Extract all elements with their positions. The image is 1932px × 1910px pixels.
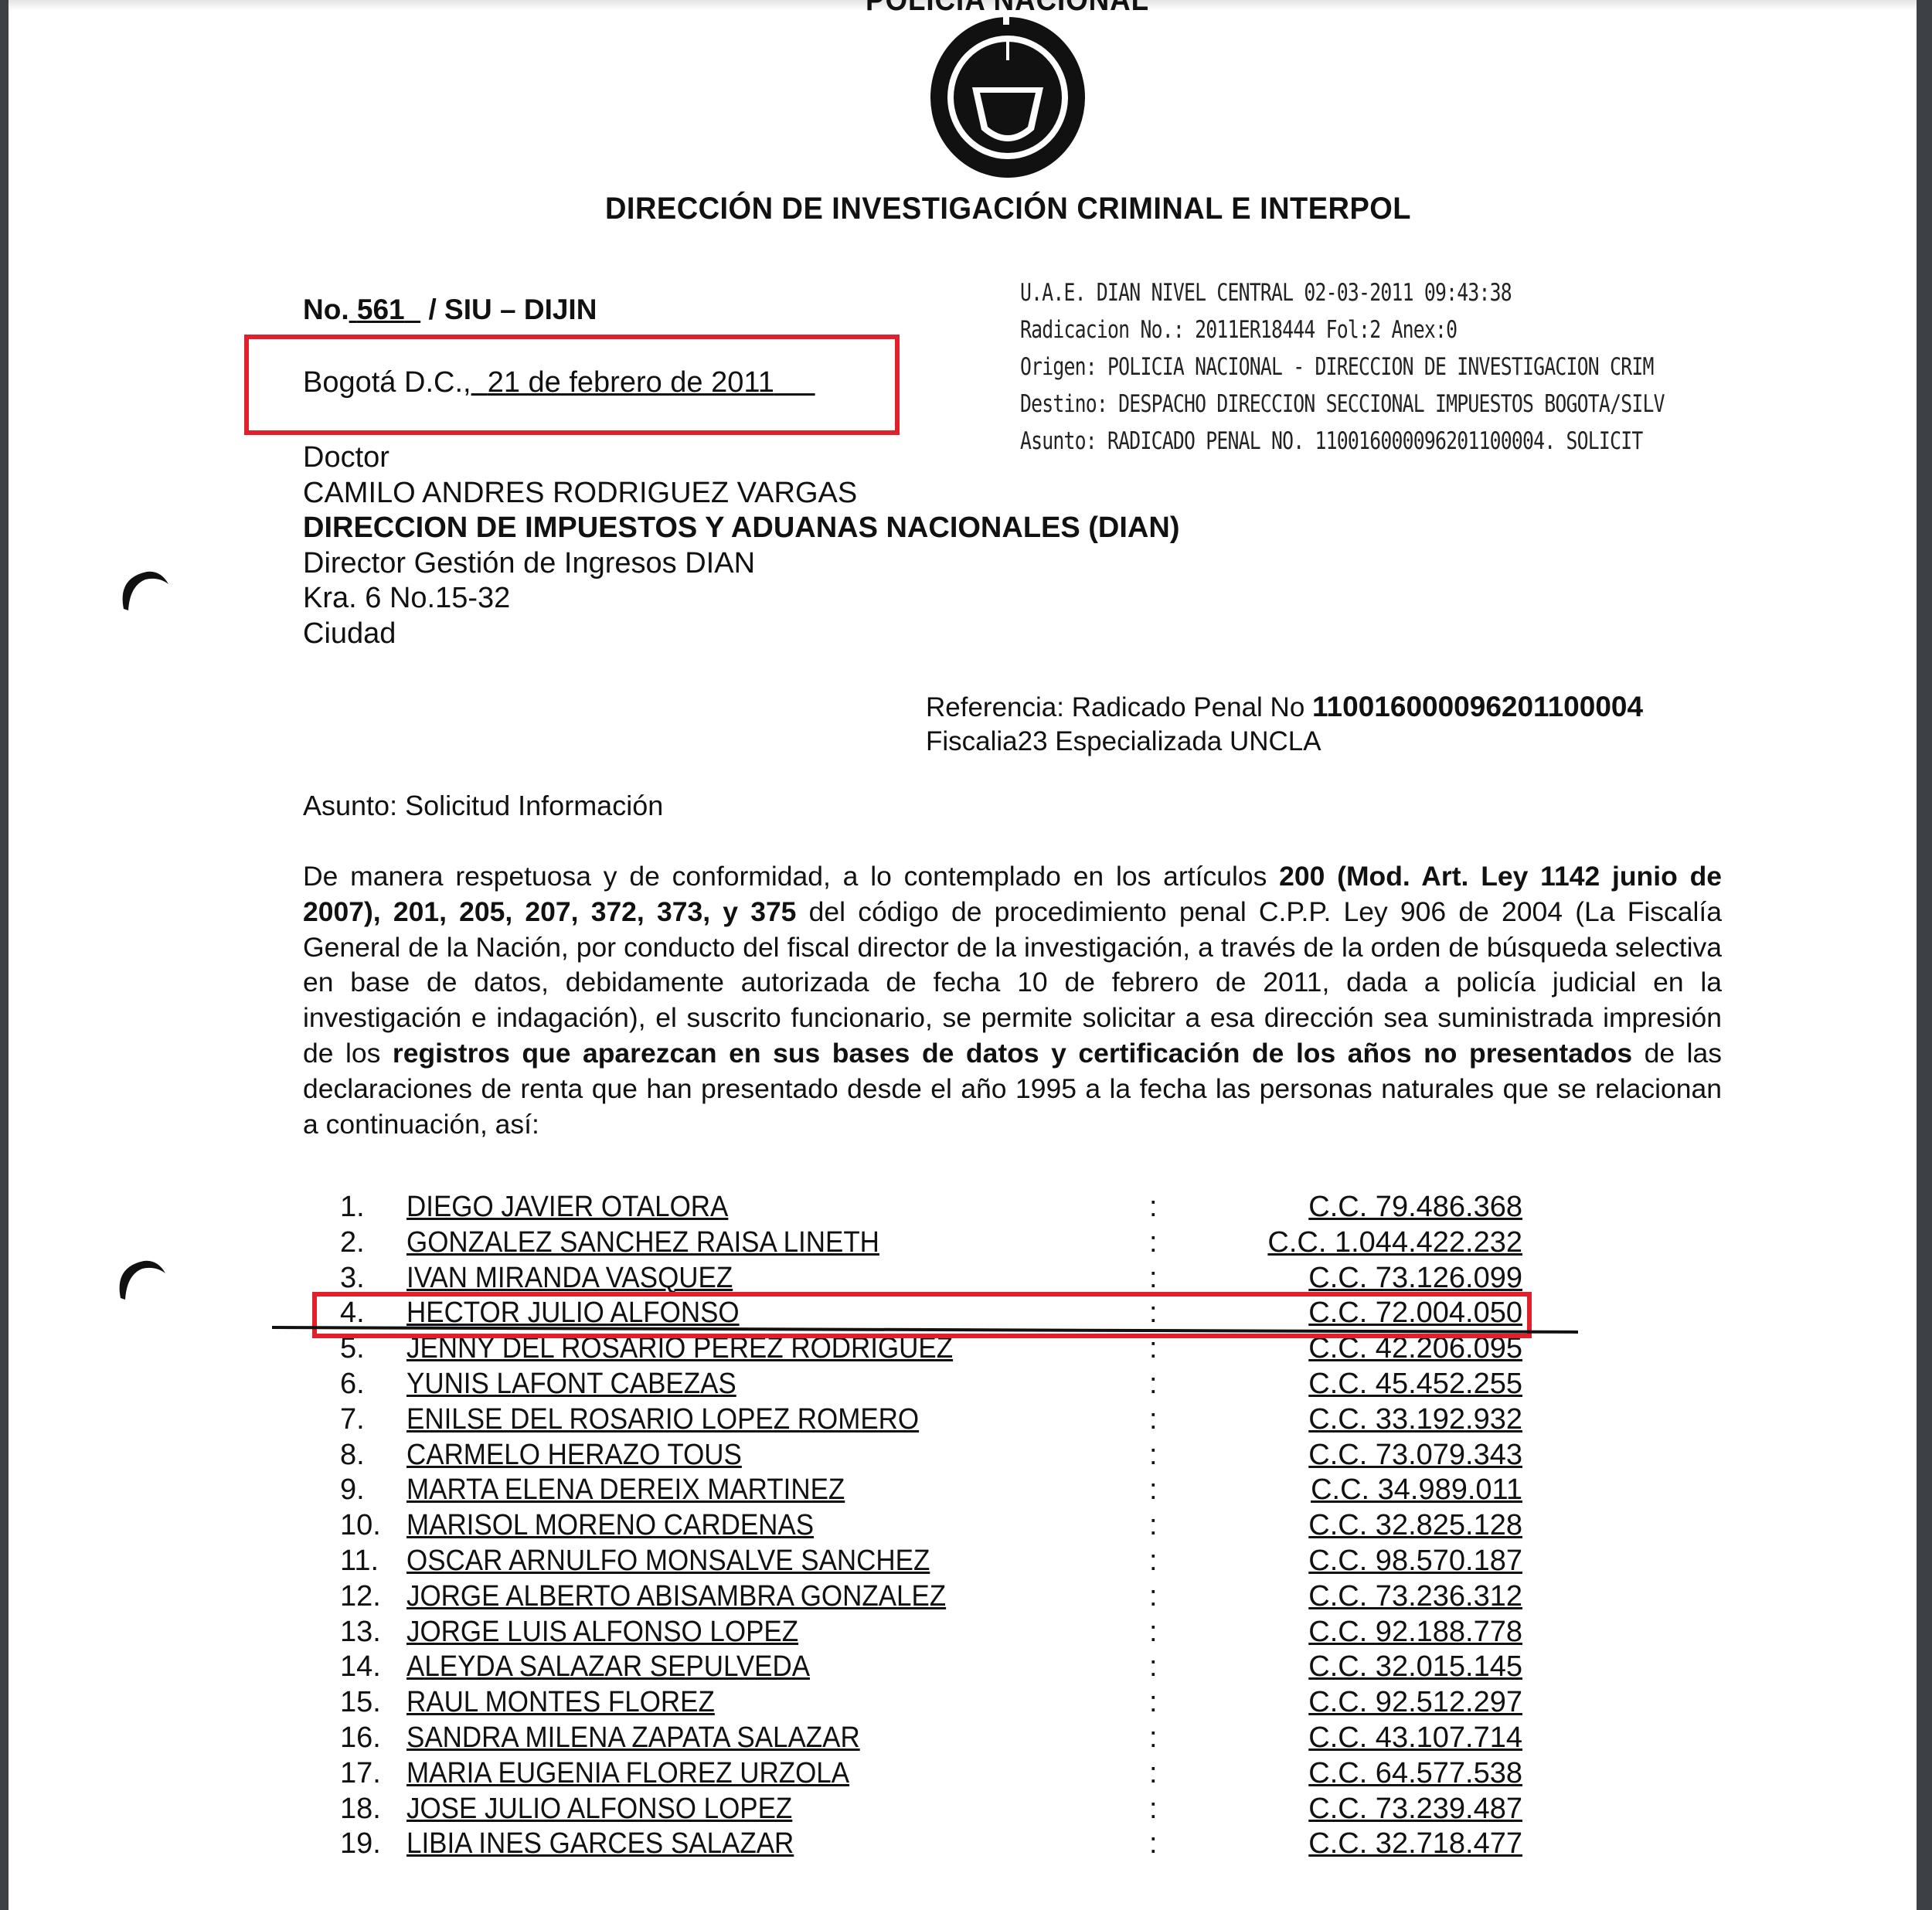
list-item: 11.OSCAR ARNULFO MONSALVE SANCHEZ:C.C. 9… bbox=[340, 1544, 1592, 1579]
reference-label: Referencia: Radicado Penal No bbox=[926, 692, 1312, 722]
list-item-name: LIBIA INES GARCES SALAZAR bbox=[406, 1827, 794, 1862]
case-reference: Referencia: Radicado Penal No 1100160000… bbox=[926, 690, 1643, 759]
subject-line: Asunto: Solicitud Información bbox=[303, 790, 663, 822]
document-number-value: 561 bbox=[349, 294, 421, 325]
viewer-left-border bbox=[0, 0, 9, 1910]
list-item-number: 12. bbox=[340, 1579, 406, 1615]
list-item: 10.MARISOL MORENO CARDENAS:C.C. 32.825.1… bbox=[340, 1508, 1592, 1544]
list-item: 6.YUNIS LAFONT CABEZAS:C.C. 45.452.255 bbox=[340, 1367, 1592, 1402]
list-item-separator: : bbox=[1149, 1508, 1158, 1544]
reference-office: Fiscalia23 Especializada UNCLA bbox=[926, 725, 1643, 759]
list-item-name: RAUL MONTES FLOREZ bbox=[406, 1685, 715, 1721]
list-item-separator: : bbox=[1149, 1579, 1158, 1615]
list-item: 14.ALEYDA SALAZAR SEPULVEDA:C.C. 32.015.… bbox=[340, 1650, 1592, 1685]
list-item-id: C.C. 32.825.128 bbox=[1308, 1508, 1522, 1544]
list-item-id: C.C. 73.079.343 bbox=[1308, 1438, 1522, 1473]
list-item-name: JORGE LUIS ALFONSO LOPEZ bbox=[406, 1615, 798, 1650]
list-item: 9.MARTA ELENA DEREIX MARTINEZ:C.C. 34.98… bbox=[340, 1473, 1592, 1508]
list-item-number: 18. bbox=[340, 1792, 406, 1827]
date-line: Bogotá D.C., 21 de febrero de 2011 bbox=[303, 366, 815, 399]
document-number-prefix: No. bbox=[303, 294, 349, 325]
body-bold-text: registros que aparezcan en sus bases de … bbox=[393, 1038, 1632, 1069]
reference-case-number: 110016000096201100004 bbox=[1312, 691, 1643, 722]
list-item-name: JORGE ALBERTO ABISAMBRA GONZALEZ bbox=[406, 1579, 946, 1615]
list-item-separator: : bbox=[1149, 1792, 1158, 1827]
list-item: 16.SANDRA MILENA ZAPATA SALAZAR:C.C. 43.… bbox=[340, 1721, 1592, 1756]
list-item: 12.JORGE ALBERTO ABISAMBRA GONZALEZ:C.C.… bbox=[340, 1579, 1592, 1615]
list-item-number: 14. bbox=[340, 1650, 406, 1685]
list-item-name: JOSE JULIO ALFONSO LOPEZ bbox=[406, 1792, 792, 1827]
list-item-name: ALEYDA SALAZAR SEPULVEDA bbox=[406, 1650, 810, 1685]
list-item: 3.IVAN MIRANDA VASQUEZ:C.C. 73.126.099 bbox=[340, 1261, 1592, 1297]
list-item-name: ENILSE DEL ROSARIO LOPEZ ROMERO bbox=[406, 1402, 919, 1438]
recipient-city: Ciudad bbox=[303, 617, 1179, 652]
date-value: 21 de febrero de 2011 bbox=[471, 366, 815, 399]
document-number-suffix: / SIU – DIJIN bbox=[428, 294, 597, 325]
list-item-number: 10. bbox=[340, 1508, 406, 1544]
list-item: 19.LIBIA INES GARCES SALAZAR:C.C. 32.718… bbox=[340, 1827, 1592, 1862]
list-item-separator: : bbox=[1149, 1261, 1158, 1297]
list-item-name: CARMELO HERAZO TOUS bbox=[406, 1438, 742, 1473]
list-item-name: MARTA ELENA DEREIX MARTINEZ bbox=[406, 1473, 845, 1508]
stamp-line: Destino: DESPACHO DIRECCION SECCIONAL IM… bbox=[1020, 386, 1665, 423]
list-item-number: 7. bbox=[340, 1402, 406, 1438]
list-item: 17.MARIA EUGENIA FLOREZ URZOLA:C.C. 64.5… bbox=[340, 1756, 1592, 1792]
list-item-id: C.C. 32.015.145 bbox=[1308, 1650, 1522, 1685]
list-item-id: C.C. 92.512.297 bbox=[1308, 1685, 1522, 1721]
list-item-number: 2. bbox=[340, 1225, 406, 1261]
hole-punch-mark-icon bbox=[116, 562, 170, 617]
list-item-id: C.C. 92.188.778 bbox=[1308, 1615, 1522, 1650]
list-item-number: 11. bbox=[340, 1544, 406, 1579]
list-item-number: 8. bbox=[340, 1438, 406, 1473]
list-item-separator: : bbox=[1149, 1650, 1158, 1685]
body-text: De manera respetuosa y de conformidad, a… bbox=[303, 861, 1279, 892]
list-item: 7.ENILSE DEL ROSARIO LOPEZ ROMERO:C.C. 3… bbox=[340, 1402, 1592, 1438]
stamp-line: U.A.E. DIAN NIVEL CENTRAL 02-03-2011 09:… bbox=[1020, 274, 1665, 311]
list-item-number: 15. bbox=[340, 1685, 406, 1721]
list-item-separator: : bbox=[1149, 1721, 1158, 1756]
list-item: 8.CARMELO HERAZO TOUS:C.C. 73.079.343 bbox=[340, 1438, 1592, 1473]
receipt-stamp: U.A.E. DIAN NIVEL CENTRAL 02-03-2011 09:… bbox=[1020, 274, 1665, 460]
list-item-name: OSCAR ARNULFO MONSALVE SANCHEZ bbox=[406, 1544, 930, 1579]
list-item-id: C.C. 32.718.477 bbox=[1308, 1827, 1522, 1862]
list-item-id: C.C. 79.486.368 bbox=[1308, 1190, 1522, 1225]
list-item-id: C.C. 98.570.187 bbox=[1308, 1544, 1522, 1579]
viewer-right-border bbox=[1917, 0, 1932, 1910]
recipient-organization: DIRECCION DE IMPUESTOS Y ADUANAS NACIONA… bbox=[303, 511, 1179, 546]
list-item-id: C.C. 64.577.538 bbox=[1308, 1756, 1522, 1792]
hole-punch-mark-icon bbox=[113, 1252, 167, 1306]
directorate-title: DIRECCIÓN DE INVESTIGACIÓN CRIMINAL E IN… bbox=[605, 192, 1411, 226]
recipient-name: CAMILO ANDRES RODRIGUEZ VARGAS bbox=[303, 476, 1179, 511]
list-item-number: 9. bbox=[340, 1473, 406, 1508]
list-item-id: C.C. 33.192.932 bbox=[1308, 1402, 1522, 1438]
list-item-name: GONZALEZ SANCHEZ RAISA LINETH bbox=[406, 1225, 879, 1261]
list-item-name: MARISOL MORENO CARDENAS bbox=[406, 1508, 814, 1544]
document-number-digits: 561 bbox=[357, 294, 405, 325]
list-item-id: C.C. 43.107.714 bbox=[1308, 1721, 1522, 1756]
list-item-separator: : bbox=[1149, 1438, 1158, 1473]
list-item-separator: : bbox=[1149, 1402, 1158, 1438]
police-seal-icon bbox=[926, 14, 1090, 188]
persons-list: 1.DIEGO JAVIER OTALORA:C.C. 79.486.3682.… bbox=[340, 1190, 1592, 1862]
list-item: 18.JOSE JULIO ALFONSO LOPEZ:C.C. 73.239.… bbox=[340, 1792, 1592, 1827]
body-paragraph: De manera respetuosa y de conformidad, a… bbox=[303, 859, 1722, 1142]
recipient-position: Director Gestión de Ingresos DIAN bbox=[303, 546, 1179, 582]
list-item-id: C.C. 45.452.255 bbox=[1308, 1367, 1522, 1402]
list-item-name: DIEGO JAVIER OTALORA bbox=[406, 1190, 728, 1225]
list-item-separator: : bbox=[1149, 1544, 1158, 1579]
list-item-name: IVAN MIRANDA VASQUEZ bbox=[406, 1261, 733, 1297]
document-number: No. 561 / SIU – DIJIN bbox=[303, 294, 597, 326]
list-item-name: MARIA EUGENIA FLOREZ URZOLA bbox=[406, 1756, 849, 1792]
date-city: Bogotá D.C., bbox=[303, 366, 471, 399]
recipient-block: Doctor CAMILO ANDRES RODRIGUEZ VARGAS DI… bbox=[303, 440, 1179, 651]
date-text: 21 de febrero de 2011 bbox=[488, 366, 774, 399]
list-item-number: 19. bbox=[340, 1827, 406, 1862]
list-item-separator: : bbox=[1149, 1473, 1158, 1508]
recipient-address: Kra. 6 No.15-32 bbox=[303, 581, 1179, 617]
list-item-number: 3. bbox=[340, 1261, 406, 1297]
list-item-id: C.C. 73.239.487 bbox=[1308, 1792, 1522, 1827]
list-item-name: YUNIS LAFONT CABEZAS bbox=[406, 1367, 736, 1402]
stamp-line: Origen: POLICIA NACIONAL - DIRECCION DE … bbox=[1020, 348, 1665, 386]
list-item-separator: : bbox=[1149, 1190, 1158, 1225]
list-item-separator: : bbox=[1149, 1685, 1158, 1721]
stamp-line: Radicacion No.: 2011ER18444 Fol:2 Anex:0 bbox=[1020, 311, 1665, 348]
list-item-number: 13. bbox=[340, 1615, 406, 1650]
list-item-separator: : bbox=[1149, 1615, 1158, 1650]
list-item-number: 1. bbox=[340, 1190, 406, 1225]
list-item-name: SANDRA MILENA ZAPATA SALAZAR bbox=[406, 1721, 860, 1756]
list-item-number: 16. bbox=[340, 1721, 406, 1756]
list-item-separator: : bbox=[1149, 1827, 1158, 1862]
list-item: 2.GONZALEZ SANCHEZ RAISA LINETH:C.C. 1.0… bbox=[340, 1225, 1592, 1261]
list-item-id: C.C. 73.126.099 bbox=[1308, 1261, 1522, 1297]
list-item: 1.DIEGO JAVIER OTALORA:C.C. 79.486.368 bbox=[340, 1190, 1592, 1225]
list-item-id: C.C. 73.236.312 bbox=[1308, 1579, 1522, 1615]
list-item-separator: : bbox=[1149, 1367, 1158, 1402]
list-item-id: C.C. 34.989.011 bbox=[1311, 1473, 1522, 1508]
recipient-salutation: Doctor bbox=[303, 440, 1179, 476]
list-item: 13.JORGE LUIS ALFONSO LOPEZ:C.C. 92.188.… bbox=[340, 1615, 1592, 1650]
list-item-number: 17. bbox=[340, 1756, 406, 1792]
list-item-id: C.C. 1.044.422.232 bbox=[1267, 1225, 1522, 1261]
list-item: 15.RAUL MONTES FLOREZ:C.C. 92.512.297 bbox=[340, 1685, 1592, 1721]
list-item-separator: : bbox=[1149, 1756, 1158, 1792]
list-item-separator: : bbox=[1149, 1225, 1158, 1261]
list-item-number: 6. bbox=[340, 1367, 406, 1402]
